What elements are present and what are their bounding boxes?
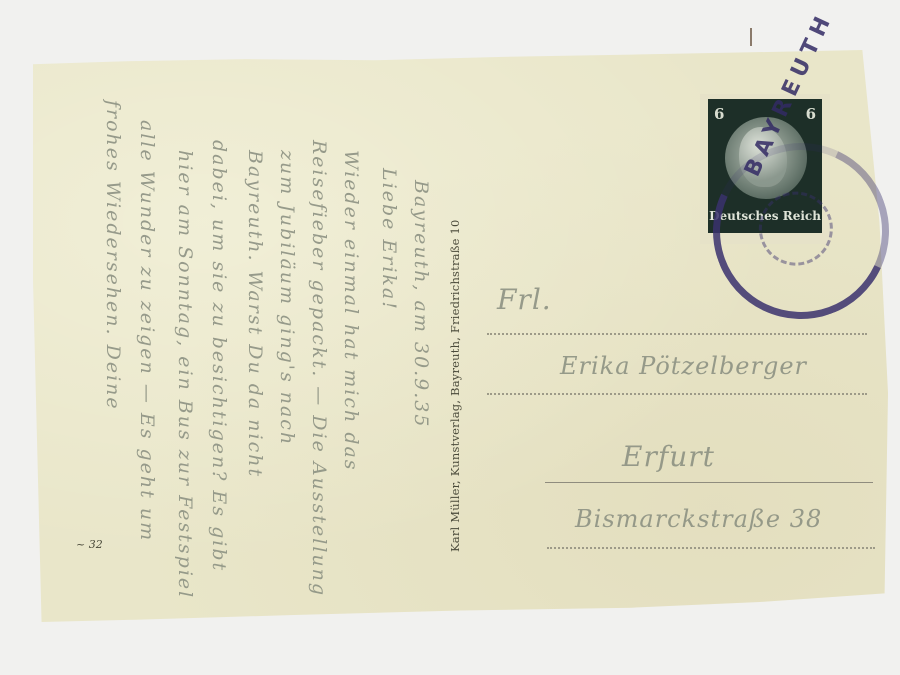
card-number-value: 32 xyxy=(89,538,103,551)
message-line-5: Bayreuth. Warst Du da nicht xyxy=(244,150,266,478)
publisher-imprint: Karl Müller, Kunstverlag, Bayreuth, Frie… xyxy=(448,220,462,553)
address-line-2 xyxy=(487,393,867,395)
postmark-inner-ring-icon xyxy=(748,181,843,276)
address-city: Erfurt xyxy=(622,440,715,473)
address-line-3 xyxy=(545,482,873,483)
card-number: ~ 32 xyxy=(76,538,103,551)
message-place-date: Bayreuth, am 30.9.35 xyxy=(410,180,432,428)
message-line-4: zum Jubiläum ging's nach xyxy=(276,150,298,446)
address-line-1 xyxy=(487,333,867,335)
address-salutation: Frl. xyxy=(497,283,552,316)
stamp-value-left: 6 xyxy=(714,105,724,123)
address-street: Bismarckstraße 38 xyxy=(575,505,822,533)
message-line-3: Reisefieber gepackt. — Die Ausstellung xyxy=(308,140,330,597)
message-line-7: hier am Sonntag, ein Bus zur Festspiel xyxy=(174,150,196,599)
stamp-value-right: 6 xyxy=(806,105,816,123)
card-number-prefix: ~ xyxy=(76,538,89,551)
message-line-9: frohes Wiedersehen. Deine xyxy=(102,100,124,411)
address-name: Erika Pötzelberger xyxy=(560,352,807,380)
message-line-6: dabei, um sie zu besichtigen? Es gibt xyxy=(208,140,230,572)
pencil-mark xyxy=(750,28,752,46)
message-line-2: Wieder einmal hat mich das xyxy=(340,150,362,472)
message-line-1: Liebe Erika! xyxy=(378,168,400,311)
address-line-4 xyxy=(547,547,875,549)
message-line-8: alle Wunder zu zeigen — Es geht um xyxy=(136,120,158,542)
